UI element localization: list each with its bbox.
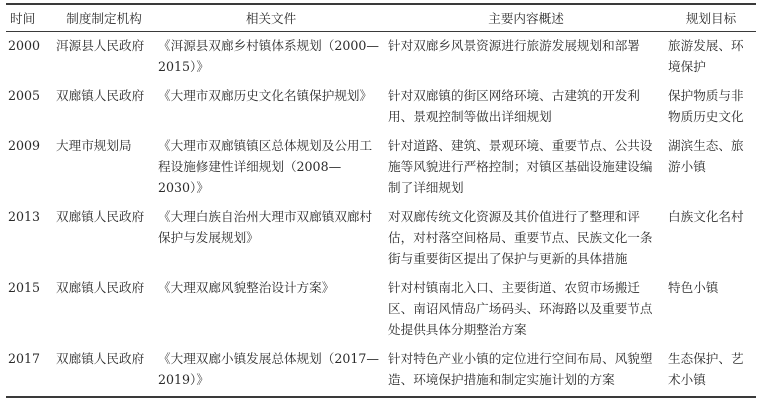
cell-goal: 特色小镇 (666, 275, 756, 346)
table-header-row: 时间 制度制定机构 相关文件 主要内容概述 规划目标 (6, 4, 756, 32)
table-row: 2015 双廊镇人民政府 《大理双廊风貌整治设计方案》 针对村镇南北入口、主要街… (6, 275, 756, 346)
cell-goal: 旅游发展、环境保护 (666, 32, 756, 84)
cell-doc: 《大理白族自治州大理市双廊镇双廊村保护与发展规划》 (156, 204, 386, 275)
cell-doc: 《洱源县双廊乡村镇体系规划（2000—2015）》 (156, 32, 386, 84)
cell-year: 2015 (6, 275, 52, 346)
cell-content: 针对特色产业小镇的定位进行空间布局、风貌塑造、环境保护措施和制定实施计划的方案 (386, 346, 666, 397)
header-org: 制度制定机构 (52, 4, 156, 32)
cell-org: 双廊镇人民政府 (52, 83, 156, 133)
cell-content: 针对双廊镇的街区网络环境、古建筑的开发利用、景观控制等做出详细规划 (386, 83, 666, 133)
cell-content: 对双廊传统文化资源及其价值进行了整理和评估，对村落空间格局、重要节点、民族文化一… (386, 204, 666, 275)
cell-year: 2013 (6, 204, 52, 275)
table-row: 2000 洱源县人民政府 《洱源县双廊乡村镇体系规划（2000—2015）》 针… (6, 32, 756, 84)
cell-year: 2000 (6, 32, 52, 84)
cell-goal: 白族文化名村 (666, 204, 756, 275)
table-row: 2009 大理市规划局 《大理市双廊镇镇区总体规划及公用工程设施修建性详细规划（… (6, 133, 756, 204)
header-goal: 规划目标 (666, 4, 756, 32)
cell-year: 2009 (6, 133, 52, 204)
cell-year: 2017 (6, 346, 52, 397)
cell-year: 2005 (6, 83, 52, 133)
cell-org: 双廊镇人民政府 (52, 204, 156, 275)
cell-goal: 生态保护、艺术小镇 (666, 346, 756, 397)
cell-doc: 《大理双廊风貌整治设计方案》 (156, 275, 386, 346)
planning-table-container: 时间 制度制定机构 相关文件 主要内容概述 规划目标 2000 洱源县人民政府 … (6, 3, 756, 398)
cell-org: 双廊镇人民政府 (52, 275, 156, 346)
planning-documents-table: 时间 制度制定机构 相关文件 主要内容概述 规划目标 2000 洱源县人民政府 … (6, 3, 756, 398)
cell-org: 大理市规划局 (52, 133, 156, 204)
cell-content: 针对村镇南北入口、主要街道、农贸市场搬迁区、南诏风情岛广场码头、环海路以及重要节… (386, 275, 666, 346)
cell-content: 针对双廊乡风景资源进行旅游发展规划和部署 (386, 32, 666, 84)
cell-org: 洱源县人民政府 (52, 32, 156, 84)
header-doc: 相关文件 (156, 4, 386, 32)
cell-doc: 《大理市双廊镇镇区总体规划及公用工程设施修建性详细规划（2008—2030）》 (156, 133, 386, 204)
cell-content: 针对道路、建筑、景观环境、重要节点、公共设施等风貌进行严格控制；对镇区基础设施建… (386, 133, 666, 204)
cell-doc: 《大理双廊小镇发展总体规划（2017—2019）》 (156, 346, 386, 397)
cell-goal: 保护物质与非物质历史文化 (666, 83, 756, 133)
table-row: 2005 双廊镇人民政府 《大理市双廊历史文化名镇保护规划》 针对双廊镇的街区网… (6, 83, 756, 133)
cell-org: 双廊镇人民政府 (52, 346, 156, 397)
cell-goal: 湖滨生态、旅游小镇 (666, 133, 756, 204)
table-row: 2017 双廊镇人民政府 《大理双廊小镇发展总体规划（2017—2019）》 针… (6, 346, 756, 397)
cell-doc: 《大理市双廊历史文化名镇保护规划》 (156, 83, 386, 133)
header-year: 时间 (6, 4, 52, 32)
table-row: 2013 双廊镇人民政府 《大理白族自治州大理市双廊镇双廊村保护与发展规划》 对… (6, 204, 756, 275)
header-content: 主要内容概述 (386, 4, 666, 32)
